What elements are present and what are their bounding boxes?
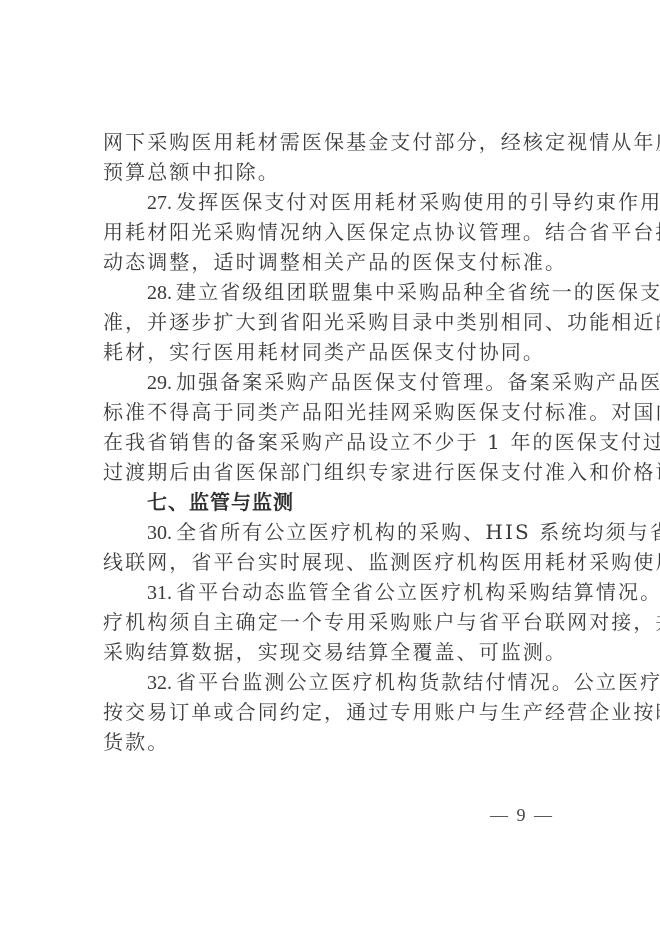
document-body: 网下采购医用耗材需医保基金支付部分，经核定视情从年度医保 预算总额中扣除。 27… [103, 127, 553, 757]
paragraph-28: 28.建立省级组团联盟集中采购品种全省统一的医保支付标 [103, 277, 553, 307]
text-line: 网下采购医用耗材需医保基金支付部分，经核定视情从年度医保 [103, 127, 553, 157]
text-line: 采购结算数据，实现交易结算全覆盖、可监测。 [103, 637, 553, 667]
item-number: 32. [147, 672, 172, 694]
text-line: 耗材，实行医用耗材同类产品医保支付协同。 [103, 337, 553, 367]
text-line: 加强备案采购产品医保支付管理。备案采购产品医保支付 [176, 370, 660, 394]
text-line: 预算总额中扣除。 [103, 157, 553, 187]
text-line: 省平台监测公立医疗机构货款结付情况。公立医疗机构应 [176, 670, 660, 694]
text-line: 用耗材阳光采购情况纳入医保定点协议管理。结合省平台挂网价 [103, 217, 553, 247]
paragraph-32: 32.省平台监测公立医疗机构货款结付情况。公立医疗机构应 [103, 667, 553, 697]
text-line: 全省所有公立医疗机构的采购、HIS 系统均须与省平台专 [176, 520, 660, 544]
paragraph-31: 31.省平台动态监管全省公立医疗机构采购结算情况。公立医 [103, 577, 553, 607]
text-line: 标准不得高于同类产品阳光挂网采购医保支付标准。对国内首次 [103, 397, 553, 427]
text-line: 货款。 [103, 727, 553, 757]
paragraph-27: 27.发挥医保支付对医用耗材采购使用的引导约束作用，将医 [103, 187, 553, 217]
item-number: 30. [147, 522, 172, 544]
item-number: 31. [147, 582, 172, 604]
section-heading: 七、监管与监测 [103, 487, 553, 517]
text-line: 发挥医保支付对医用耗材采购使用的引导约束作用，将医 [176, 190, 660, 214]
text-line: 动态调整，适时调整相关产品的医保支付标准。 [103, 247, 553, 277]
text-line: 线联网，省平台实时展现、监测医疗机构医用耗材采购使用情况。 [103, 547, 553, 577]
text-line: 过渡期后由省医保部门组织专家进行医保支付准入和价格谈判。 [103, 457, 553, 487]
text-line: 建立省级组团联盟集中采购品种全省统一的医保支付标 [176, 280, 660, 304]
text-line: 在我省销售的备案采购产品设立不少于 1 年的医保支付过渡期， [103, 427, 553, 457]
item-number: 29. [147, 372, 172, 394]
text-line: 省平台动态监管全省公立医疗机构采购结算情况。公立医 [176, 580, 660, 604]
text-line: 按交易订单或合同约定，通过专用账户与生产经营企业按时结算 [103, 697, 553, 727]
text-line: 准，并逐步扩大到省阳光采购目录中类别相同、功能相近的医用 [103, 307, 553, 337]
page-number: — 9 — [490, 805, 554, 826]
item-number: 27. [147, 192, 172, 214]
paragraph-30: 30.全省所有公立医疗机构的采购、HIS 系统均须与省平台专 [103, 517, 553, 547]
text-line: 疗机构须自主确定一个专用采购账户与省平台联网对接，并传送 [103, 607, 553, 637]
paragraph-29: 29.加强备案采购产品医保支付管理。备案采购产品医保支付 [103, 367, 553, 397]
item-number: 28. [147, 282, 172, 304]
